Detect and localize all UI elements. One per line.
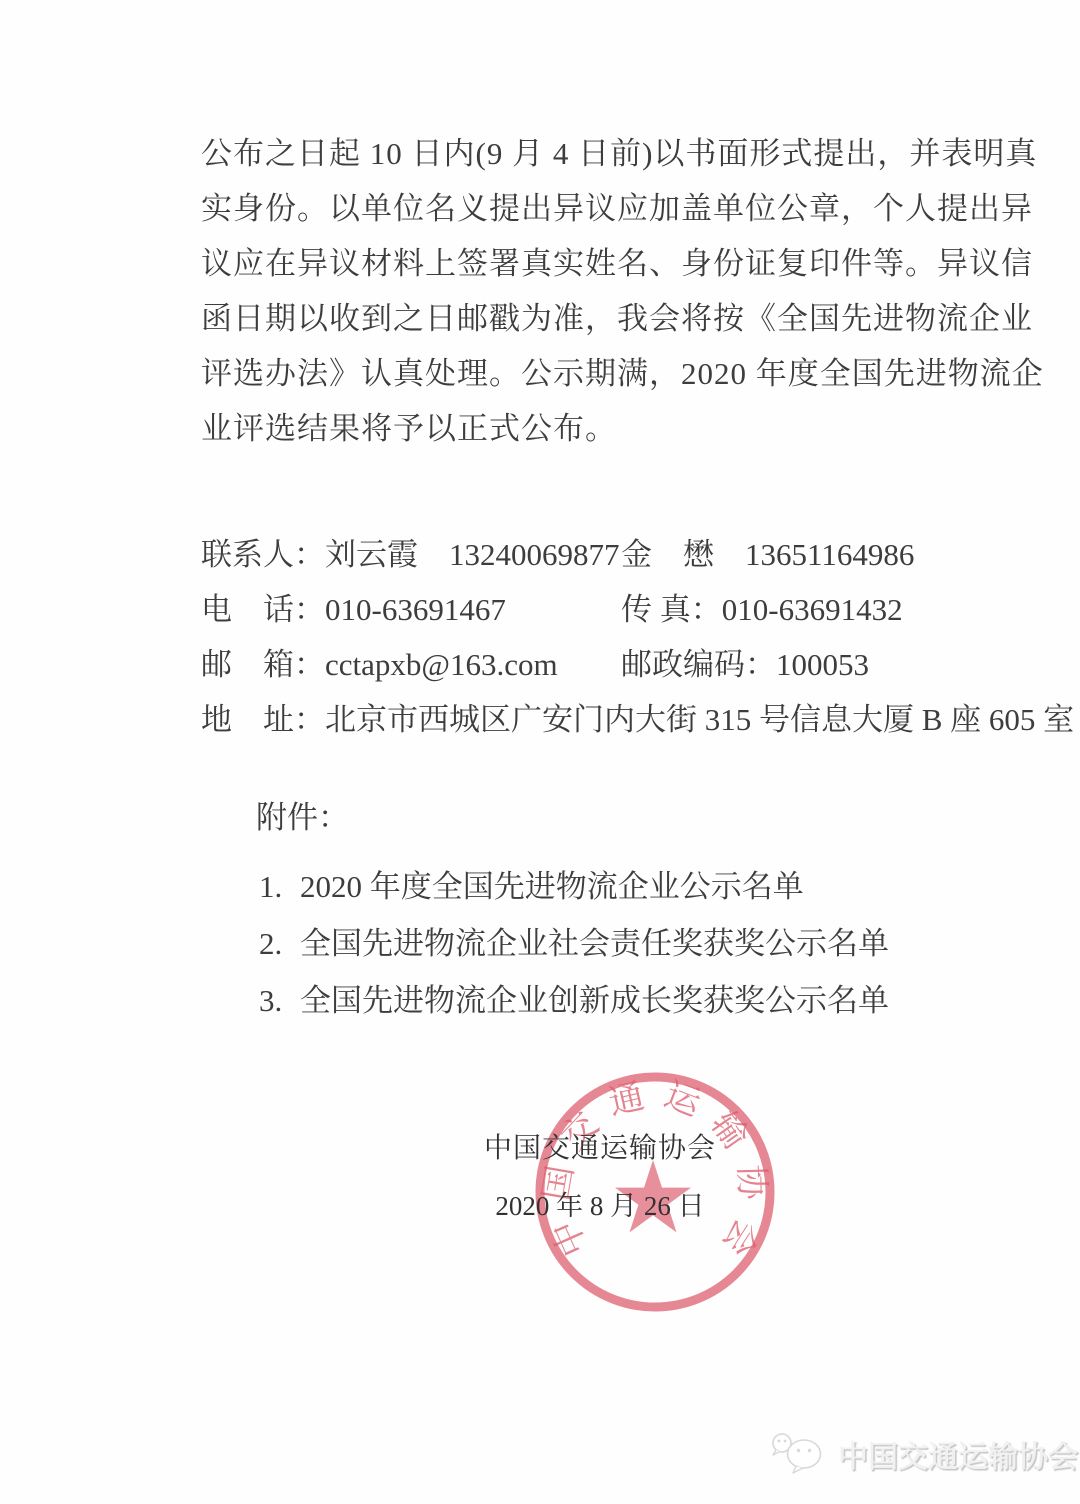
body-line: 议应在异议材料上签署真实姓名、身份证复印件等。异议信	[201, 236, 946, 291]
document-page: 公布之日起 10 日内(9 月 4 日前)以书面形式提出，并表明真 实身份。以单…	[0, 0, 1080, 1504]
attachment-item: 2.全国先进物流企业社会责任奖获奖公示名单	[259, 915, 889, 972]
contact-row-persons: 联系人：刘云霞 13240069877 金 懋 13651164986	[201, 527, 961, 582]
body-paragraph: 公布之日起 10 日内(9 月 4 日前)以书面形式提出，并表明真 实身份。以单…	[201, 126, 946, 456]
footer-brand: 中国交通运输协会	[770, 1432, 1078, 1476]
attachment-number: 1.	[259, 858, 300, 915]
contact-person-2: 金 懋 13651164986	[621, 527, 914, 582]
attachment-number: 3.	[259, 972, 300, 1029]
signature-date: 2020 年 8 月 26 日	[400, 1191, 800, 1221]
contact-phone: 电 话：010-63691467	[201, 582, 621, 637]
signature-org: 中国交通运输协会	[400, 1134, 800, 1164]
contact-zipcode: 邮政编码：100053	[621, 637, 869, 692]
body-line: 业评选结果将予以正式公布。	[201, 401, 946, 456]
contact-email: 邮 箱：cctapxb@163.com	[201, 637, 621, 692]
attachment-title: 全国先进物流企业创新成长奖获奖公示名单	[300, 983, 889, 1018]
attachment-title: 2020 年度全国先进物流企业公示名单	[300, 869, 804, 904]
attachments-list: 1.2020 年度全国先进物流企业公示名单 2.全国先进物流企业社会责任奖获奖公…	[259, 858, 889, 1029]
contact-person-1: 联系人：刘云霞 13240069877	[201, 527, 621, 582]
contact-row-email-zip: 邮 箱：cctapxb@163.com 邮政编码：100053	[201, 637, 961, 692]
wechat-icon	[770, 1432, 828, 1476]
footer-brand-text: 中国交通运输协会	[838, 1432, 1078, 1476]
attachments-heading: 附件：	[256, 795, 349, 840]
contact-address: 地 址：北京市西城区广安门内大街 315 号信息大厦 B 座 605 室	[201, 692, 1074, 747]
contact-fax: 传 真：010-63691432	[621, 582, 903, 637]
attachment-item: 1.2020 年度全国先进物流企业公示名单	[259, 858, 889, 915]
body-line: 函日期以收到之日邮戳为准，我会将按《全国先进物流企业	[201, 291, 946, 346]
body-line: 评选办法》认真处理。公示期满，2020 年度全国先进物流企	[201, 346, 946, 401]
body-line: 实身份。以单位名义提出异议应加盖单位公章，个人提出异	[201, 181, 946, 236]
signature-block: 中国交通运输协会 2020 年 8 月 26 日	[400, 1134, 800, 1221]
contact-row-address: 地 址：北京市西城区广安门内大街 315 号信息大厦 B 座 605 室	[201, 692, 961, 747]
attachment-number: 2.	[259, 915, 300, 972]
contact-block: 联系人：刘云霞 13240069877 金 懋 13651164986 电 话：…	[201, 527, 961, 747]
attachment-item: 3.全国先进物流企业创新成长奖获奖公示名单	[259, 972, 889, 1029]
attachment-title: 全国先进物流企业社会责任奖获奖公示名单	[300, 926, 889, 961]
contact-row-phone-fax: 电 话：010-63691467 传 真：010-63691432	[201, 582, 961, 637]
body-line: 公布之日起 10 日内(9 月 4 日前)以书面形式提出，并表明真	[201, 126, 946, 181]
